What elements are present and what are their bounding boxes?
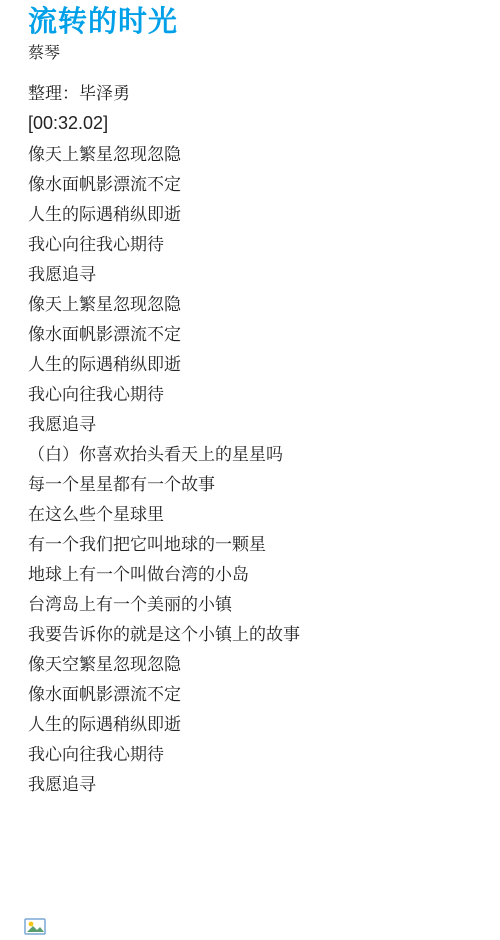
lyrics-block: 像天上繁星忽现忽隐像水面帆影漂流不定人生的际遇稍纵即逝我心向往我心期待我愿追寻像… [28,140,480,800]
lyric-line: （白）你喜欢抬头看天上的星星吗 [28,440,480,470]
broken-image-icon [24,918,46,935]
lyric-line: 地球上有一个叫做台湾的小岛 [28,560,480,590]
lyric-line: 人生的际遇稍纵即逝 [28,200,480,230]
lyric-line: 我愿追寻 [28,770,480,800]
lyric-line: 我心向往我心期待 [28,740,480,770]
lyric-line: 有一个我们把它叫地球的一颗星 [28,530,480,560]
lyric-line: 在这么些个星球里 [28,500,480,530]
lyric-line: 像天空繁星忽现忽隐 [28,650,480,680]
lyric-line: 像水面帆影漂流不定 [28,320,480,350]
lyric-line: 我愿追寻 [28,410,480,440]
song-title-link[interactable]: 流转的时光 [28,6,480,38]
lyric-line: 人生的际遇稍纵即逝 [28,350,480,380]
artist-name: 蔡琴 [28,44,480,64]
credit-line: 整理：毕泽勇 [28,84,480,104]
lyric-line: 我心向往我心期待 [28,380,480,410]
lyric-line: 我心向往我心期待 [28,230,480,260]
lyric-line: 我要告诉你的就是这个小镇上的故事 [28,620,480,650]
lyric-line: 人生的际遇稍纵即逝 [28,710,480,740]
lyric-line: 像天上繁星忽现忽隐 [28,290,480,320]
lyric-line: 像水面帆影漂流不定 [28,170,480,200]
lyric-line: 像水面帆影漂流不定 [28,680,480,710]
lyric-line: 台湾岛上有一个美丽的小镇 [28,590,480,620]
lyric-line: 像天上繁星忽现忽隐 [28,140,480,170]
lyric-line: 每一个星星都有一个故事 [28,470,480,500]
lyrics-page: 流转的时光 蔡琴 整理：毕泽勇 [00:32.02] 像天上繁星忽现忽隐像水面帆… [0,0,500,800]
lyric-timestamp: [00:32.02] [28,112,480,134]
lyric-line: 我愿追寻 [28,260,480,290]
